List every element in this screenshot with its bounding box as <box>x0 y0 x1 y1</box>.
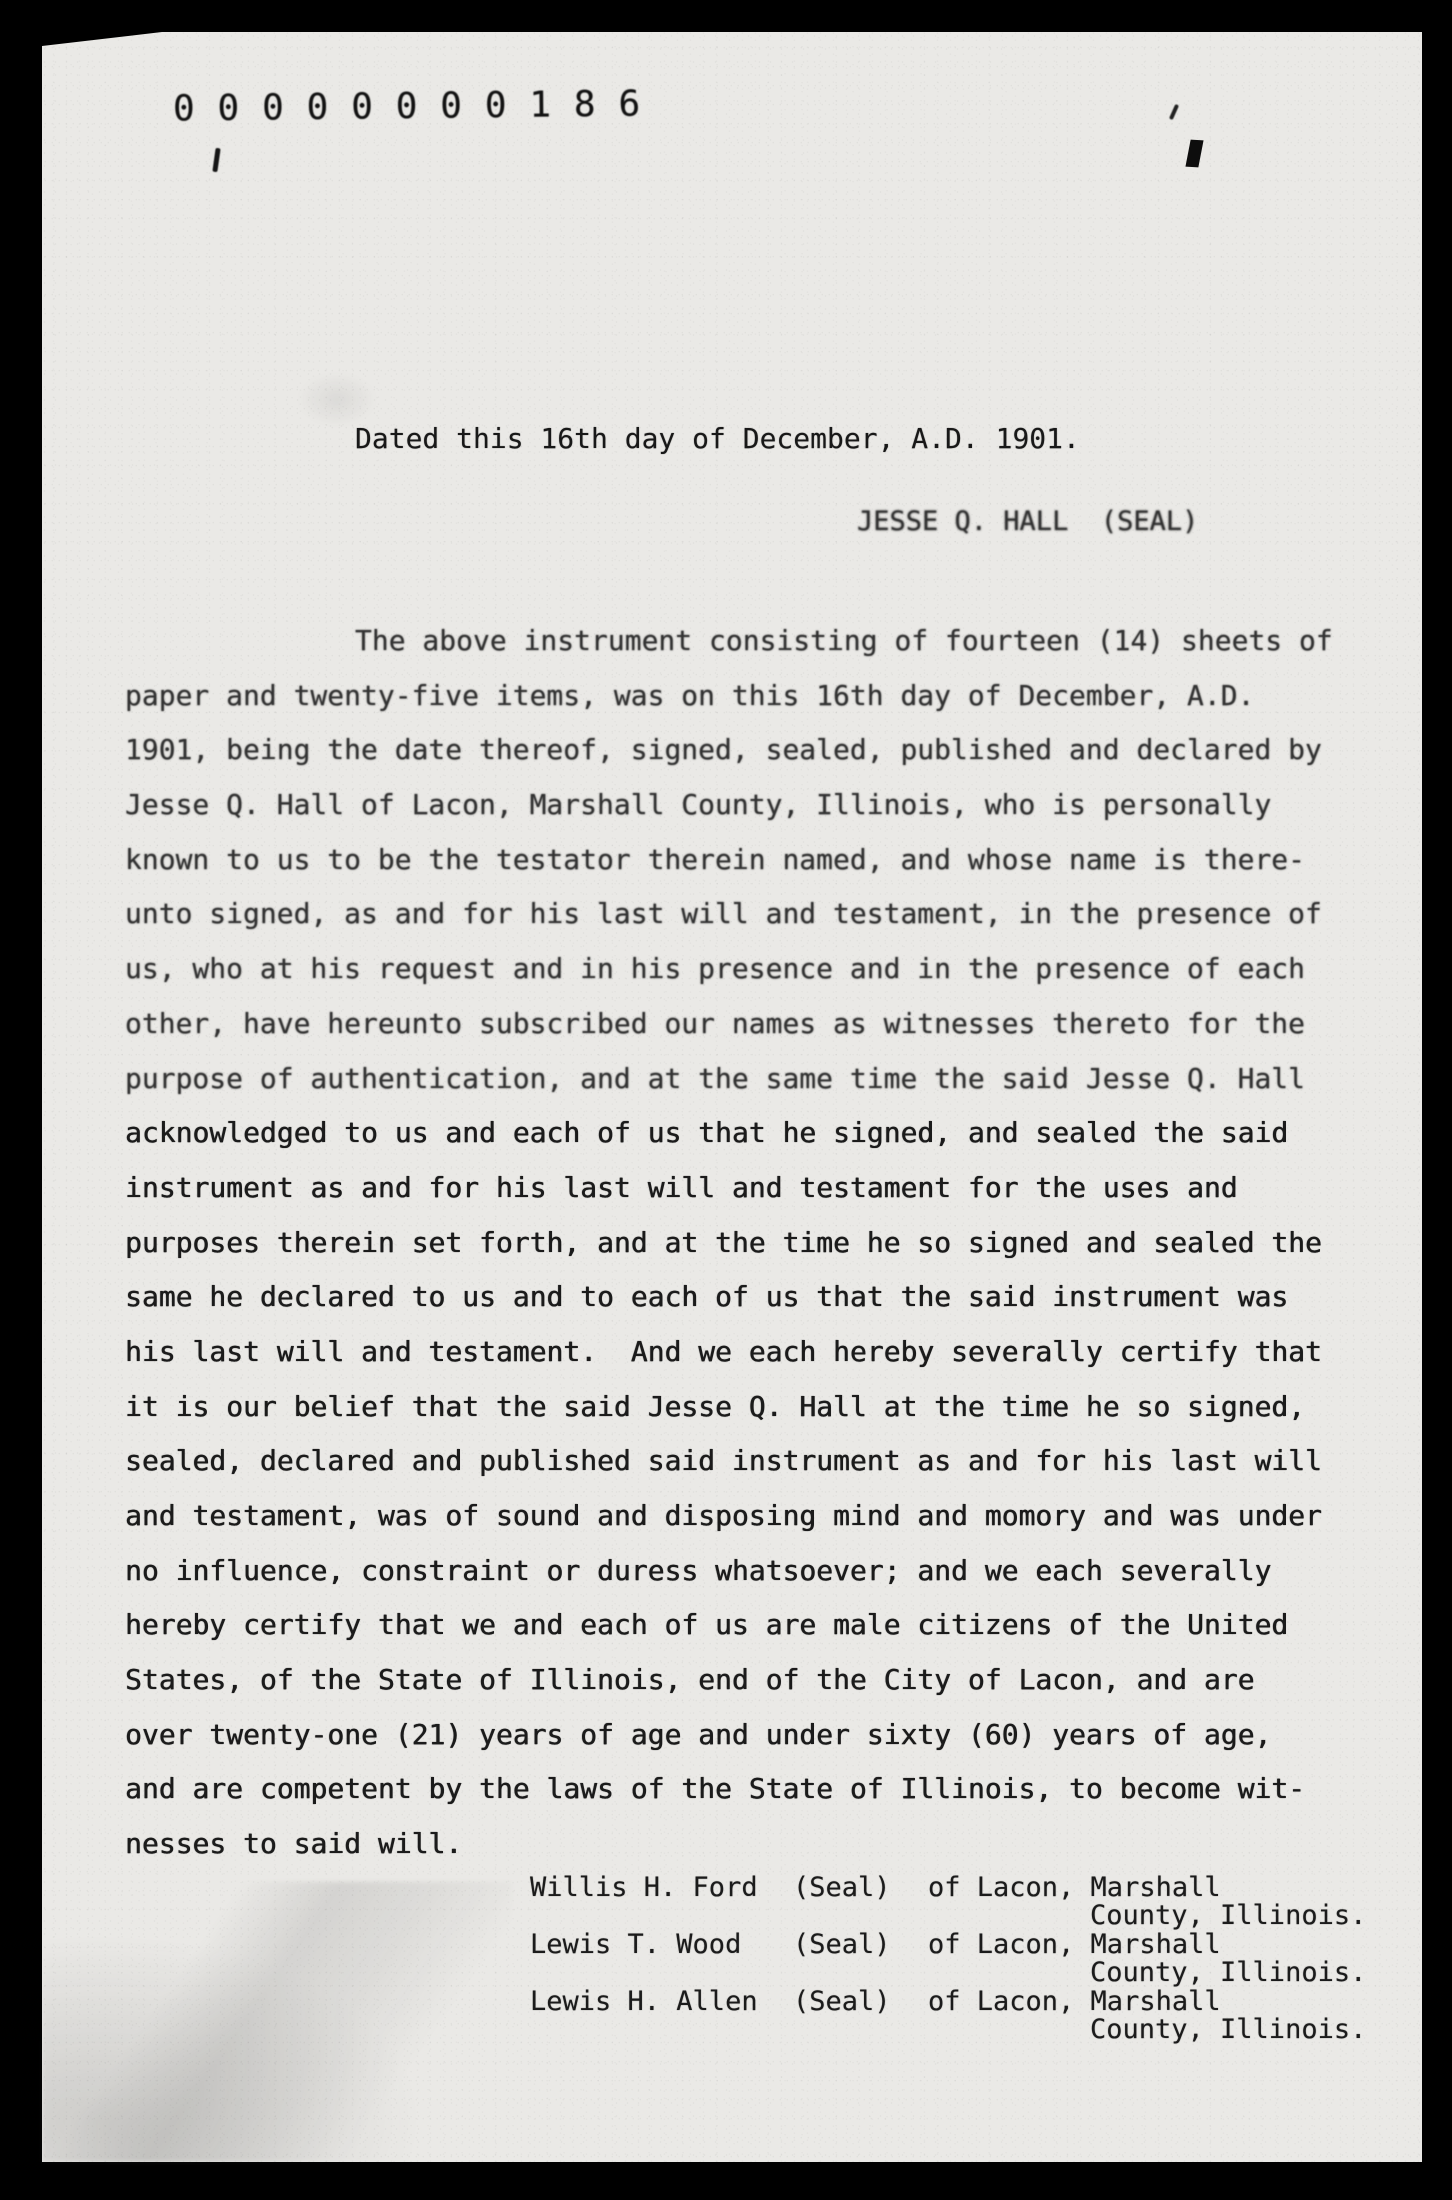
body-text-line: nesses to said will. <box>125 1817 1405 1872</box>
body-text-line: sealed, declared and published said inst… <box>125 1434 1405 1489</box>
body-text-line: same he declared to us and to each of us… <box>125 1270 1405 1325</box>
paper-smudge <box>42 1882 512 2162</box>
witness-residence: of Lacon, Marshall <box>928 1986 1221 2017</box>
body-text-line: his last will and testament. And we each… <box>125 1325 1405 1380</box>
witness-residence: of Lacon, Marshall <box>928 1929 1221 1960</box>
body-text-line: other, have hereunto subscribed our name… <box>125 997 1405 1052</box>
scan-corner-shadow <box>42 32 162 46</box>
body-text-line: over twenty-one (21) years of age and un… <box>125 1708 1405 1763</box>
scanned-document-screenshot: { "colors": { "scan_border": "#000000", … <box>0 0 1452 2200</box>
body-text-line: it is our belief that the said Jesse Q. … <box>125 1380 1405 1435</box>
body-text-line: instrument as and for his last will and … <box>125 1161 1405 1216</box>
body-text-line: paper and twenty-five items, was on this… <box>125 669 1405 724</box>
witness-seal: (Seal) <box>793 1872 891 1903</box>
witness-name: Willis H. Ford <box>530 1872 758 1903</box>
dated-line: Dated this 16th day of December, A.D. 19… <box>355 422 1080 455</box>
witness-residence: County, Illinois. <box>1090 2014 1366 2045</box>
document-number-stamp: 0 0 0 0 0 0 0 0 1 8 6 <box>173 84 641 130</box>
body-text-line: and are competent by the laws of the Sta… <box>125 1762 1405 1817</box>
body-text-line: unto signed, as and for his last will an… <box>125 887 1405 942</box>
body-text-line: 1901, being the date thereof, signed, se… <box>125 723 1405 778</box>
body-text-line: States, of the State of Illinois, end of… <box>125 1653 1405 1708</box>
body-text-line: known to us to be the testator therein n… <box>125 833 1405 888</box>
witness-seal: (Seal) <box>793 1986 891 2017</box>
body-text-line: us, who at his request and in his presen… <box>125 942 1405 997</box>
body-text-line: purposes therein set forth, and at the t… <box>125 1216 1405 1271</box>
paper-page: 0 0 0 0 0 0 0 0 1 8 6 Dated this 16th da… <box>42 32 1422 2162</box>
ink-mark <box>212 148 220 172</box>
paper-smudge <box>297 372 377 427</box>
testator-signature-line: JESSE Q. HALL (SEAL) <box>857 506 1198 537</box>
body-text-line: and testament, was of sound and disposin… <box>125 1489 1405 1544</box>
witness-name: Lewis T. Wood <box>530 1929 741 1960</box>
body-text-line: purpose of authentication, and at the sa… <box>125 1052 1405 1107</box>
witness-name: Lewis H. Allen <box>530 1986 758 2017</box>
body-text-line: no influence, constraint or duress whats… <box>125 1544 1405 1599</box>
witness-seal: (Seal) <box>793 1929 891 1960</box>
witness-residence: County, Illinois. <box>1090 1900 1366 1931</box>
body-text-line: Jesse Q. Hall of Lacon, Marshall County,… <box>125 778 1405 833</box>
body-text-line: acknowledged to us and each of us that h… <box>125 1106 1405 1161</box>
ink-blot <box>1185 140 1203 168</box>
witness-residence: County, Illinois. <box>1090 1957 1366 1988</box>
witness-residence: of Lacon, Marshall <box>928 1872 1221 1903</box>
body-text-line: The above instrument consisting of fourt… <box>125 614 1405 669</box>
ink-mark <box>1169 104 1179 120</box>
attestation-paragraph: The above instrument consisting of fourt… <box>125 614 1405 1872</box>
body-text-line: hereby certify that we and each of us ar… <box>125 1598 1405 1653</box>
